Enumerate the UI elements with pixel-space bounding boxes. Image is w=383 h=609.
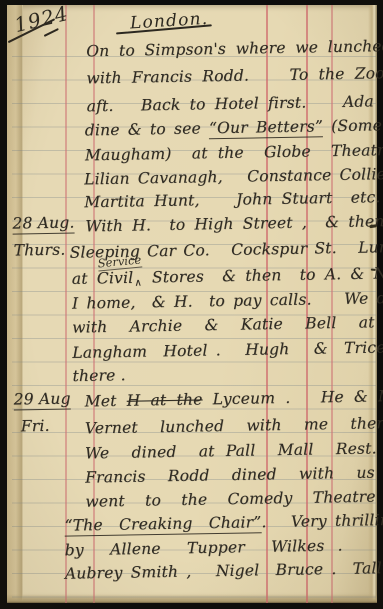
diary-line: “The Creaking Chair”. Very thrilling [64, 511, 383, 535]
diary-line: On to Simpson's where we lunched [86, 37, 383, 60]
entry-date-text: 28 Aug. [12, 213, 74, 234]
diary-line-text: at Civil [72, 269, 134, 288]
diary-line: with Francis Rodd. To the Zoo in [86, 64, 383, 88]
underlined-title: “Our Betters” [209, 117, 323, 139]
diary-line-text: Lyceum . He & Miss [202, 387, 383, 409]
diary-line: Francis Rodd dined with us & we [85, 462, 383, 486]
diary-line: dine & to see “Our Betters” (Somerset [85, 116, 383, 140]
underlined-title: “The Creaking Chair” [64, 513, 261, 536]
diary-line: by Allene Tupper Wilkes . [65, 536, 343, 559]
diary-line-text: dine & to see [85, 119, 209, 139]
scanned-diary-page: 1924 London. On to Simpson's where we lu… [0, 0, 383, 609]
entry-date: 28 Aug. [12, 213, 74, 232]
diary-line: aft. Back to Hotel first. Ada to [86, 92, 383, 115]
diary-line: I home, & H. to pay calls. We dined [72, 289, 383, 313]
diary-line-text: . Very thrilling [261, 511, 383, 531]
stray-ink-mark [371, 268, 376, 270]
struck-text: H at the [127, 390, 203, 409]
entry-day: Fri. [21, 417, 50, 436]
insertion-caret: ∧ [134, 278, 142, 289]
diary-line: Martita Hunt, John Stuart etc. [84, 188, 381, 211]
diary-line: Lilian Cavanagh, Constance Collier, [84, 165, 383, 188]
diary-line: Aubrey Smith , Nigel Bruce . Tallulah [65, 559, 383, 583]
diary-line: With H. to High Street , & then to [85, 212, 383, 236]
entry-day: Thurs. [13, 241, 65, 260]
year-annotation: 1924 [12, 1, 71, 37]
diary-line-text: (Somerset [323, 116, 383, 136]
handwriting-layer: 1924 London. On to Simpson's where we lu… [0, 0, 383, 609]
diary-line: Maugham) at the Globe Theatre. [85, 141, 383, 164]
diary-line: Langham Hotel . Hugh & Trice Chisholm [72, 337, 383, 362]
diary-line: Met H at the Lyceum . He & Miss [85, 387, 383, 411]
diary-line: there . [72, 366, 126, 385]
diary-line: with Archie & Katie Bell at the [72, 313, 383, 337]
entry-date: 29 Aug [14, 390, 71, 409]
diary-line-text: Met [85, 392, 127, 411]
diary-line-text: Stores & then to A. & N. Stores [143, 263, 383, 287]
diary-line: We dined at Pall Mall Rest. & [85, 439, 383, 463]
entry-date-text: 29 Aug [14, 390, 71, 411]
diary-line: went to the Comedy Theatre to see [85, 486, 383, 511]
diary-line: Vernet lunched with me there . [85, 414, 383, 438]
